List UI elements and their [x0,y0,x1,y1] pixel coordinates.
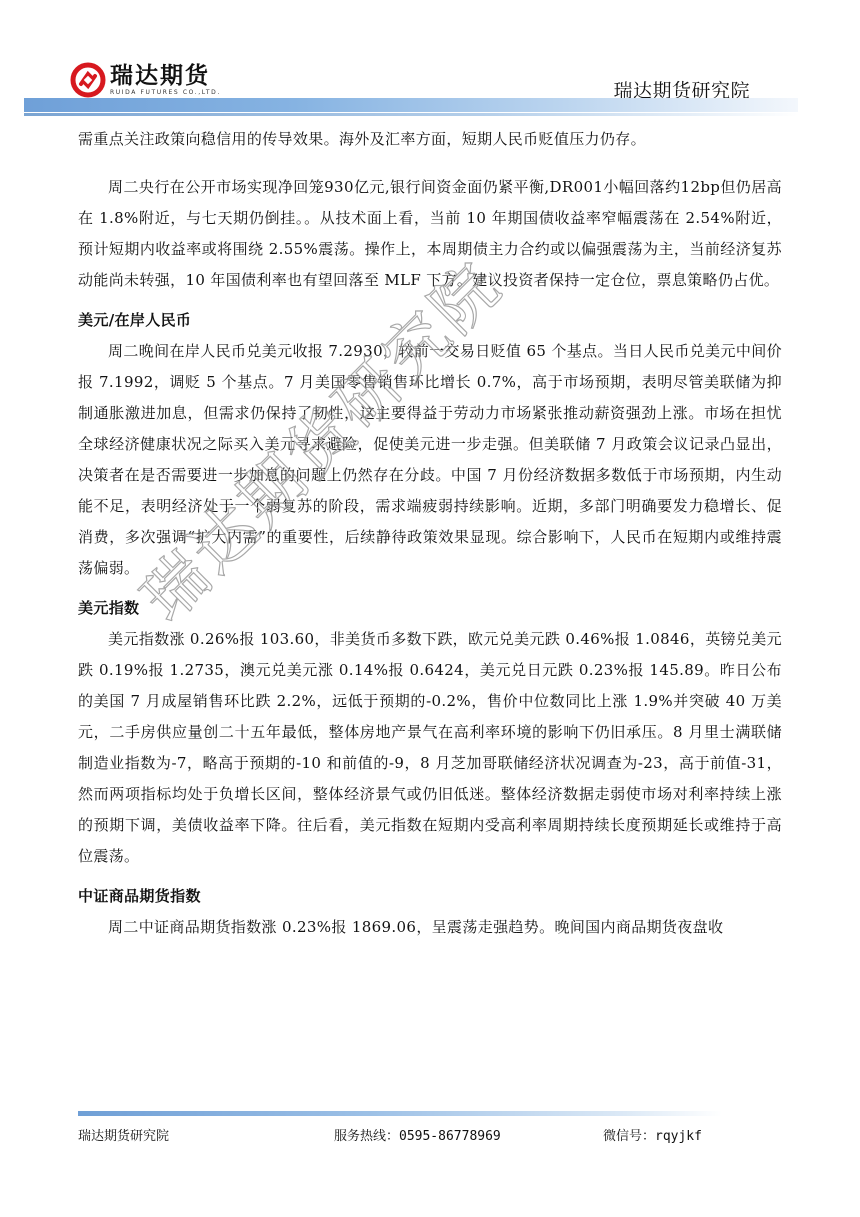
logo-english-name: RUIDA FUTURES CO.,LTD. [110,89,221,97]
intro-paragraph: 需重点关注政策向稳信用的传导效果。海外及汇率方面，短期人民币贬值压力仍存。 [78,124,782,155]
section-title-dollar-index: 美元指数 [78,593,782,624]
bond-market-paragraph: 周二央行在公开市场实现净回笼930亿元,银行间资金面仍紧平衡,DR001小幅回落… [78,172,782,296]
section-body-usd-cny: 周二晚间在岸人民币兑美元收报 7.2930，较前一交易日贬值 65 个基点。当日… [78,336,782,584]
footer-hotline: 服务热线：0595-86778969 [334,1125,501,1144]
report-body: 需重点关注政策向稳信用的传导效果。海外及汇率方面，短期人民币贬值压力仍存。 周二… [78,124,782,943]
ruida-logo-icon [70,62,106,98]
section-title-usd-cny: 美元/在岸人民币 [78,305,782,336]
section-body-csi-commodity: 周二中证商品期货指数涨 0.23%报 1869.06，呈震荡走强趋势。晚间国内商… [78,912,782,943]
company-logo: 瑞达期货 RUIDA FUTURES CO.,LTD. [70,58,221,102]
paragraph-gap [78,155,782,172]
section-body-dollar-index: 美元指数涨 0.26%报 103.60，非美货币多数下跌，欧元兑美元跌 0.46… [78,624,782,872]
header-divider-bar [24,98,798,112]
section-title-csi-commodity: 中证商品期货指数 [78,881,782,912]
logo-chinese-name: 瑞达期货 [110,63,221,89]
footer-org: 瑞达期货研究院 [78,1125,169,1144]
page-header: 瑞达期货 RUIDA FUTURES CO.,LTD. 瑞达期货研究院 [0,0,860,125]
footer-wechat: 微信号：rqyjkf [603,1125,702,1144]
footer-divider-bar [78,1111,722,1116]
header-divider-line [24,113,798,116]
page-footer: 瑞达期货研究院 服务热线：0595-86778969 微信号：rqyjkf [78,1125,738,1145]
